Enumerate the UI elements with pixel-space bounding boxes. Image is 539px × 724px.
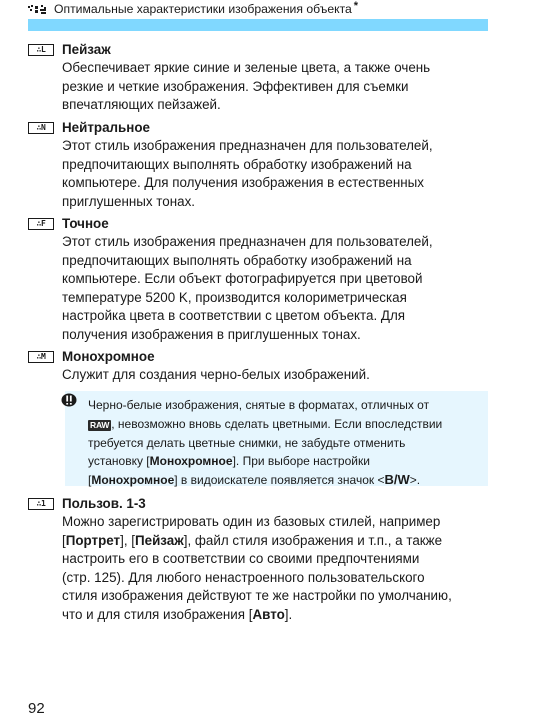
scene-intelligent-auto-icon (28, 4, 48, 14)
picture-style-monochrome-icon: ∴M (28, 351, 54, 363)
section-faithful: ∴F Точное Этот стиль изображения предназ… (28, 215, 498, 345)
bw-indicator: B/W (384, 472, 409, 487)
section-neutral: ∴N Нейтральное Этот стиль изображения пр… (28, 119, 498, 211)
section-title: Монохромное (62, 349, 155, 364)
page-header: Оптимальные характеристики изображения о… (28, 0, 358, 18)
section-description: Можно зарегистрировать один из базовых с… (62, 513, 498, 625)
section-title: Точное (62, 216, 109, 231)
picture-style-faithful-icon: ∴F (28, 218, 54, 230)
section-landscape: ∴L Пейзаж Обеспечивает яркие синие и зел… (28, 41, 498, 115)
section-description: Этот стиль изображения предназначен для … (62, 233, 498, 345)
section-monochrome: ∴M Монохромное Служит для создания черно… (28, 348, 498, 385)
header-title: Оптимальные характеристики изображения о… (54, 2, 352, 16)
caution-note: Черно-белые изображения, снятые в формат… (65, 391, 488, 486)
section-user-def: ∴1 Пользов. 1-3 Можно зарегистрировать о… (28, 495, 498, 625)
section-description: Этот стиль изображения предназначен для … (62, 137, 498, 211)
raw-format-icon: RAW (88, 420, 111, 431)
section-title: Пользов. 1-3 (62, 496, 146, 511)
picture-style-landscape-icon: ∴L (28, 44, 54, 56)
section-title: Пейзаж (62, 42, 111, 57)
section-title: Нейтральное (62, 120, 150, 135)
picture-style-neutral-icon: ∴N (28, 122, 54, 134)
section-description: Обеспечивает яркие синие и зеленые цвета… (62, 59, 498, 115)
section-description: Служит для создания черно-белых изображе… (62, 366, 498, 385)
caution-icon (61, 393, 77, 407)
star-marker: * (354, 0, 358, 12)
caution-text: Черно-белые изображения, снятые в формат… (88, 396, 482, 490)
page-number: 92 (28, 700, 45, 717)
header-accent-bar (28, 19, 488, 31)
picture-style-user-def-icon: ∴1 (28, 498, 54, 510)
